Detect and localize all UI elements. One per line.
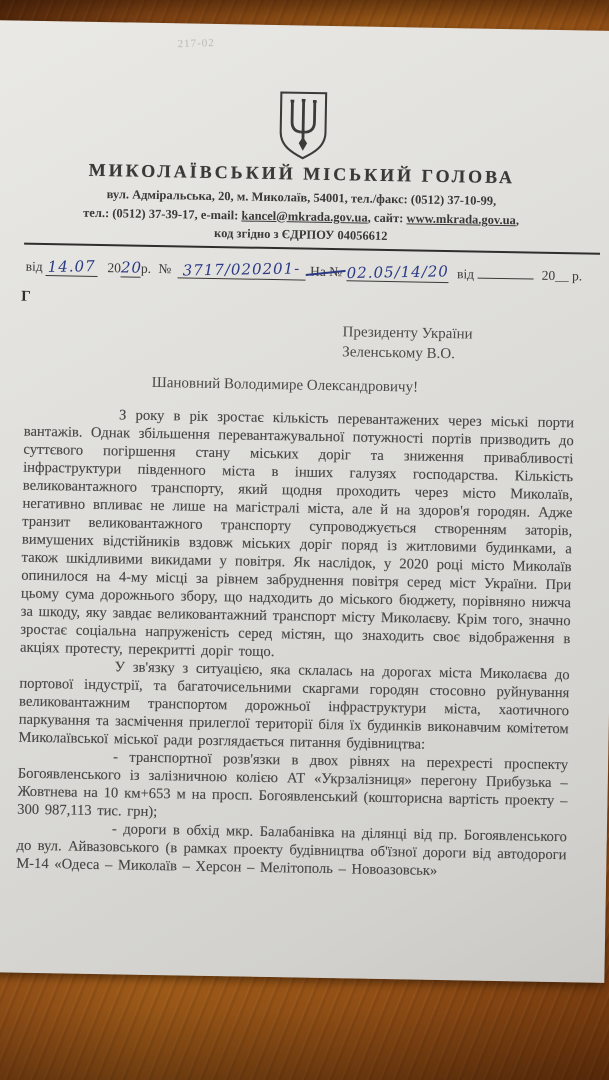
pencil-annotation: 217-02 <box>177 37 215 50</box>
year-printed: 20 <box>107 260 121 276</box>
recipient-line-2: Зеленському В.О. <box>342 342 472 364</box>
email-text: kancel@mkrada.gov.ua <box>241 208 367 224</box>
number-field: 3717/020201- <box>178 259 306 280</box>
recipient-block: Президенту України Зеленському В.О. <box>342 322 473 364</box>
reference-line: від 14.07 2020р. № 3717/020201- На № 02.… <box>26 257 586 286</box>
body-list-item-1: - транспортної розв'язки в двох рівнях н… <box>17 747 568 829</box>
letter-content: 217-02 МИКОЛАЇВСЬКИЙ МІСЬКИЙ ГОЛОВА <box>0 20 609 982</box>
date-field: 14.07 <box>46 257 98 277</box>
salutation: Шановний Володимире Олександровичу! <box>152 375 419 397</box>
body-list-item-2: - дороги в обхід мкр. Балабанівка на діл… <box>16 819 567 883</box>
letter-sheet: 217-02 МИКОЛАЇВСЬКИЙ МІСЬКИЙ ГОЛОВА <box>0 20 609 983</box>
year-field: 20 <box>121 258 141 277</box>
from2-label: від <box>457 266 474 282</box>
letterhead-contacts: вул. Адміральська, 20, м. Миколаїв, 5400… <box>0 183 606 249</box>
body-paragraph-2: У зв'язку з ситуацією, яка склалась на д… <box>18 657 569 757</box>
year-suffix: р. <box>141 261 151 277</box>
incoming-number-label: На № <box>309 264 343 281</box>
recipient-line-1: Президенту України <box>342 322 472 344</box>
body-paragraph-1: З року в рік зростає кількість переванта… <box>20 405 574 667</box>
letter-body: З року в рік зростає кількість переванта… <box>16 405 574 883</box>
number-label: № <box>158 261 171 277</box>
coat-of-arms <box>0 84 608 172</box>
year2-printed: 20__ р. <box>542 268 583 285</box>
address-corner-mark: Г <box>21 289 31 306</box>
from-label: від <box>26 259 43 275</box>
website-text: www.mkrada.gov.ua <box>406 211 516 227</box>
from2-date-blank <box>477 278 533 280</box>
incoming-number-field: 02.05/14/20 <box>346 262 449 283</box>
